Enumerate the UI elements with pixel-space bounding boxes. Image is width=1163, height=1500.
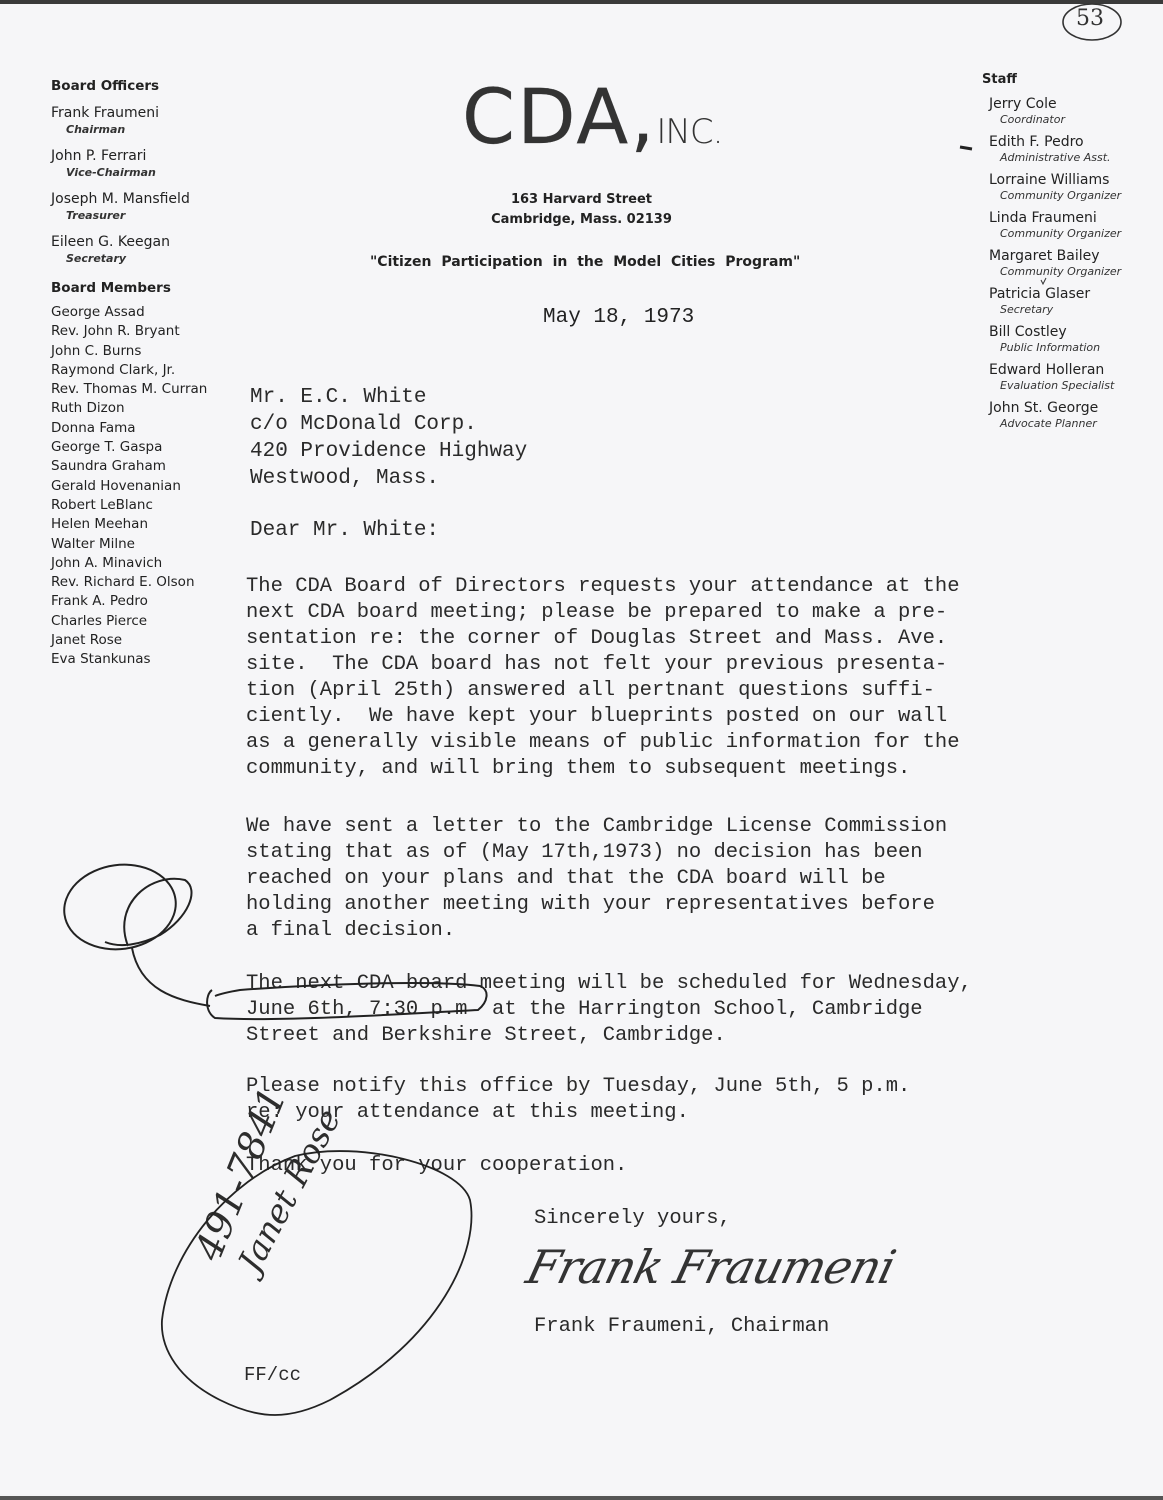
staff-member: Lorraine WilliamsCommunity Organizer bbox=[989, 171, 1157, 203]
staff-name: Edith F. Pedro bbox=[989, 133, 1157, 151]
staff-member: John St. GeorgeAdvocate Planner bbox=[989, 399, 1157, 431]
staff-name: Edward Holleran bbox=[989, 361, 1157, 379]
letter-date: May 18, 1973 bbox=[543, 306, 694, 329]
recipient-address: Mr. E.C. Whitec/o McDonald Corp.420 Prov… bbox=[250, 384, 527, 492]
board-members-heading: Board Members bbox=[51, 280, 251, 296]
officer-role: Vice-Chairman bbox=[51, 165, 251, 180]
board-member: Rev. Thomas M. Curran bbox=[51, 380, 251, 399]
board-officer: Eileen G. KeeganSecretary bbox=[51, 233, 251, 266]
officer-role: Secretary bbox=[51, 251, 251, 266]
board-member: Gerald Hovenanian bbox=[51, 477, 251, 496]
board-member: Saundra Graham bbox=[51, 457, 251, 476]
board-officers-heading: Board Officers bbox=[51, 78, 251, 94]
staff-role: Secretary bbox=[989, 303, 1157, 317]
org-name: CDA, bbox=[462, 72, 656, 161]
board-member: Ruth Dizon bbox=[51, 399, 251, 418]
signature: Frank Fraumeni bbox=[521, 1240, 900, 1294]
staff-member: Edith F. PedroAdministrative Asst. bbox=[989, 133, 1157, 165]
signer-name: Frank Fraumeni, Chairman bbox=[534, 1315, 829, 1338]
org-tagline: "Citizen Participation in the Model Citi… bbox=[370, 254, 800, 270]
staff-role: Community Organizer bbox=[989, 189, 1157, 203]
board-officers-list: Frank FraumeniChairmanJohn P. FerrariVic… bbox=[51, 104, 251, 266]
staff-role: Advocate Planner bbox=[989, 417, 1157, 431]
staff-name: Bill Costley bbox=[989, 323, 1157, 341]
board-officer: Frank FraumeniChairman bbox=[51, 104, 251, 137]
board-member: Robert LeBlanc bbox=[51, 496, 251, 515]
board-member: Donna Fama bbox=[51, 419, 251, 438]
staff-role: Evaluation Specialist bbox=[989, 379, 1157, 393]
staff-role: Community Organizer bbox=[989, 227, 1157, 241]
board-member: Rev. Richard E. Olson bbox=[51, 573, 251, 592]
recipient-line: Westwood, Mass. bbox=[250, 465, 527, 492]
officer-role: Chairman bbox=[51, 122, 251, 137]
board-member: Charles Pierce bbox=[51, 612, 251, 631]
officer-name: Joseph M. Mansfield bbox=[51, 190, 251, 208]
board-member: John C. Burns bbox=[51, 342, 251, 361]
paragraph-request: The CDA Board of Directors requests your… bbox=[246, 574, 960, 782]
recipient-line: 420 Providence Highway bbox=[250, 438, 527, 465]
staff-member: Edward HolleranEvaluation Specialist bbox=[989, 361, 1157, 393]
staff-member: Margaret BaileyCommunity Organizer bbox=[989, 247, 1157, 279]
staff-member: Jerry ColeCoordinator bbox=[989, 95, 1157, 127]
officer-name: Eileen G. Keegan bbox=[51, 233, 251, 251]
board-member: Eva Stankunas bbox=[51, 650, 251, 669]
board-officer: Joseph M. MansfieldTreasurer bbox=[51, 190, 251, 223]
board-member: George T. Gaspa bbox=[51, 438, 251, 457]
board-column: Board Officers Frank FraumeniChairmanJoh… bbox=[51, 78, 251, 670]
officer-role: Treasurer bbox=[51, 208, 251, 223]
board-member: Rev. John R. Bryant bbox=[51, 322, 251, 341]
staff-name: John St. George bbox=[989, 399, 1157, 417]
page-number-text: 53 bbox=[1076, 6, 1104, 31]
scan-edge-bottom bbox=[0, 1496, 1163, 1500]
staff-member: Linda FraumeniCommunity Organizer bbox=[989, 209, 1157, 241]
board-member: Janet Rose bbox=[51, 631, 251, 650]
staff-name: Jerry Cole bbox=[989, 95, 1157, 113]
staff-heading: Staff bbox=[982, 72, 1157, 87]
officer-name: Frank Fraumeni bbox=[51, 104, 251, 122]
recipient-line: Mr. E.C. White bbox=[250, 384, 527, 411]
recipient-line: c/o McDonald Corp. bbox=[250, 411, 527, 438]
board-member: Raymond Clark, Jr. bbox=[51, 361, 251, 380]
staff-column: Staff Jerry ColeCoordinatorEdith F. Pedr… bbox=[982, 72, 1157, 437]
officer-name: John P. Ferrari bbox=[51, 147, 251, 165]
staff-name: Margaret Bailey bbox=[989, 247, 1157, 265]
staff-name: Linda Fraumeni bbox=[989, 209, 1157, 227]
staff-role: Administrative Asst. bbox=[989, 151, 1157, 165]
board-member: Walter Milne bbox=[51, 535, 251, 554]
paragraph-next-meeting: The next CDA board meeting will be sched… bbox=[246, 971, 972, 1049]
org-suffix: INC. bbox=[656, 112, 722, 152]
board-member: Frank A. Pedro bbox=[51, 592, 251, 611]
paragraph-license-commission: We have sent a letter to the Cambridge L… bbox=[246, 814, 947, 944]
staff-name: Lorraine Williams bbox=[989, 171, 1157, 189]
typist-initials: FF/cc bbox=[244, 1364, 301, 1386]
board-member: John A. Minavich bbox=[51, 554, 251, 573]
board-member: George Assad bbox=[51, 303, 251, 322]
salutation: Dear Mr. White: bbox=[250, 519, 439, 542]
staff-role: Coordinator bbox=[989, 113, 1157, 127]
staff-member: Patricia GlaserSecretary bbox=[989, 285, 1157, 317]
board-members-list: George AssadRev. John R. BryantJohn C. B… bbox=[51, 303, 251, 670]
staff-role: Community Organizer bbox=[989, 265, 1157, 279]
staff-list: Jerry ColeCoordinatorEdith F. PedroAdmin… bbox=[982, 95, 1157, 431]
staff-name: Patricia Glaser bbox=[989, 285, 1157, 303]
staff-role: Public Information bbox=[989, 341, 1157, 355]
org-logo: CDA,INC. bbox=[462, 72, 722, 161]
closing: Sincerely yours, bbox=[534, 1207, 731, 1230]
staff-member: Bill CostleyPublic Information bbox=[989, 323, 1157, 355]
board-officer: John P. FerrariVice-Chairman bbox=[51, 147, 251, 180]
board-member: Helen Meehan bbox=[51, 515, 251, 534]
